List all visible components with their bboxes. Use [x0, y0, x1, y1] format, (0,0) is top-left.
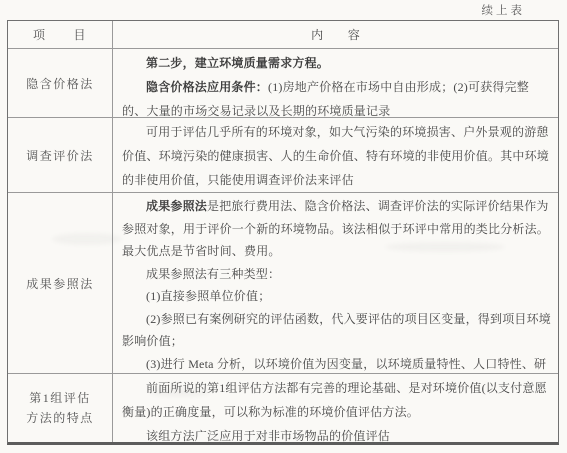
paragraph: 隐含价格法应用条件：(1)房地产价格在市场中自由形成；(2)可获得完整的、大量的…: [122, 75, 553, 117]
header-content-column: 内 容: [113, 21, 558, 48]
row-label-result-reference-method: 成果参照法: [8, 193, 113, 373]
scanned-document-page: 续上表 项 目 内 容 隐含价格法 第二步，建立环境质量需求方程。 隐含价格法应…: [0, 0, 567, 453]
paragraph: 前面所说的第1组评估方法都有完善的理论基础、是对环境价值(以支付意愿衡量)的正确…: [122, 376, 553, 424]
table-row-group1-methods-characteristics: 第1组评估 方法的特点 前面所说的第1组评估方法都有完善的理论基础、是对环境价值…: [8, 373, 558, 442]
row-content-result-reference-method: 成果参照法是把旅行费用法、隐含价格法、调查评价法的实际评价结果作为参照对象，用于…: [113, 193, 558, 373]
row-label-line1: 第1组评估: [29, 388, 91, 408]
paragraph: 成果参照法是把旅行费用法、隐含价格法、调查评价法的实际评价结果作为参照对象，用于…: [122, 195, 553, 263]
table-row-survey-valuation-method: 调查评价法 可用于评估几乎所有的环境对象，如大气污染的环境损害、户外景观的游憩价…: [8, 117, 558, 192]
paragraph-bold-lead: 隐含价格法应用条件：: [146, 80, 268, 94]
row-label-group1-methods-characteristics: 第1组评估 方法的特点: [8, 374, 113, 442]
row-content-group1-methods-characteristics: 前面所说的第1组评估方法都有完善的理论基础、是对环境价值(以支付意愿衡量)的正确…: [113, 374, 558, 442]
row-label-hedonic-price-method: 隐含价格法: [8, 49, 113, 117]
continued-table-label: 续上表: [482, 2, 526, 18]
paragraph: 可用于评估几乎所有的环境对象，如大气污染的环境损害、户外景观的游憩价值、环境污染…: [122, 120, 553, 192]
table-row-hedonic-price-method: 隐含价格法 第二步，建立环境质量需求方程。 隐含价格法应用条件：(1)房地产价格…: [8, 48, 558, 117]
table-row-result-reference-method: 成果参照法 成果参照法是把旅行费用法、隐含价格法、调查评价法的实际评价结果作为参…: [8, 192, 558, 373]
paragraph: 该组方法广泛应用于对非市场物品的价值评估: [122, 424, 553, 442]
paragraph-bold-lead: 第二步，建立环境质量需求方程。: [146, 56, 329, 70]
row-label-line2: 方法的特点: [26, 408, 94, 428]
row-label-survey-valuation-method: 调查评价法: [8, 118, 113, 192]
paragraph-bold-lead: 成果参照法: [146, 199, 207, 213]
paragraph: 第二步，建立环境质量需求方程。: [122, 51, 553, 75]
row-content-survey-valuation-method: 可用于评估几乎所有的环境对象，如大气污染的环境损害、户外景观的游憩价值、环境污染…: [113, 118, 558, 192]
list-item-1: (1)直接参照单位价值；: [122, 285, 553, 308]
row-content-hedonic-price-method: 第二步，建立环境质量需求方程。 隐含价格法应用条件：(1)房地产价格在市场中自由…: [113, 49, 558, 117]
valuation-methods-table: 项 目 内 容 隐含价格法 第二步，建立环境质量需求方程。 隐含价格法应用条件：…: [7, 20, 559, 445]
list-item-2: (2)参照已有案例研究的评估函数，代入要评估的项目区变量，得到项目环境影响价值；: [122, 308, 553, 353]
header-item-column: 项 目: [8, 21, 113, 48]
list-item-3: (3)进行 Meta 分析，以环境价值为因变量，以环境质量特性、人口特性、研究模…: [122, 353, 553, 374]
paragraph: 成果参照法有三种类型：: [122, 263, 553, 286]
table-header-row: 项 目 内 容: [8, 21, 558, 48]
